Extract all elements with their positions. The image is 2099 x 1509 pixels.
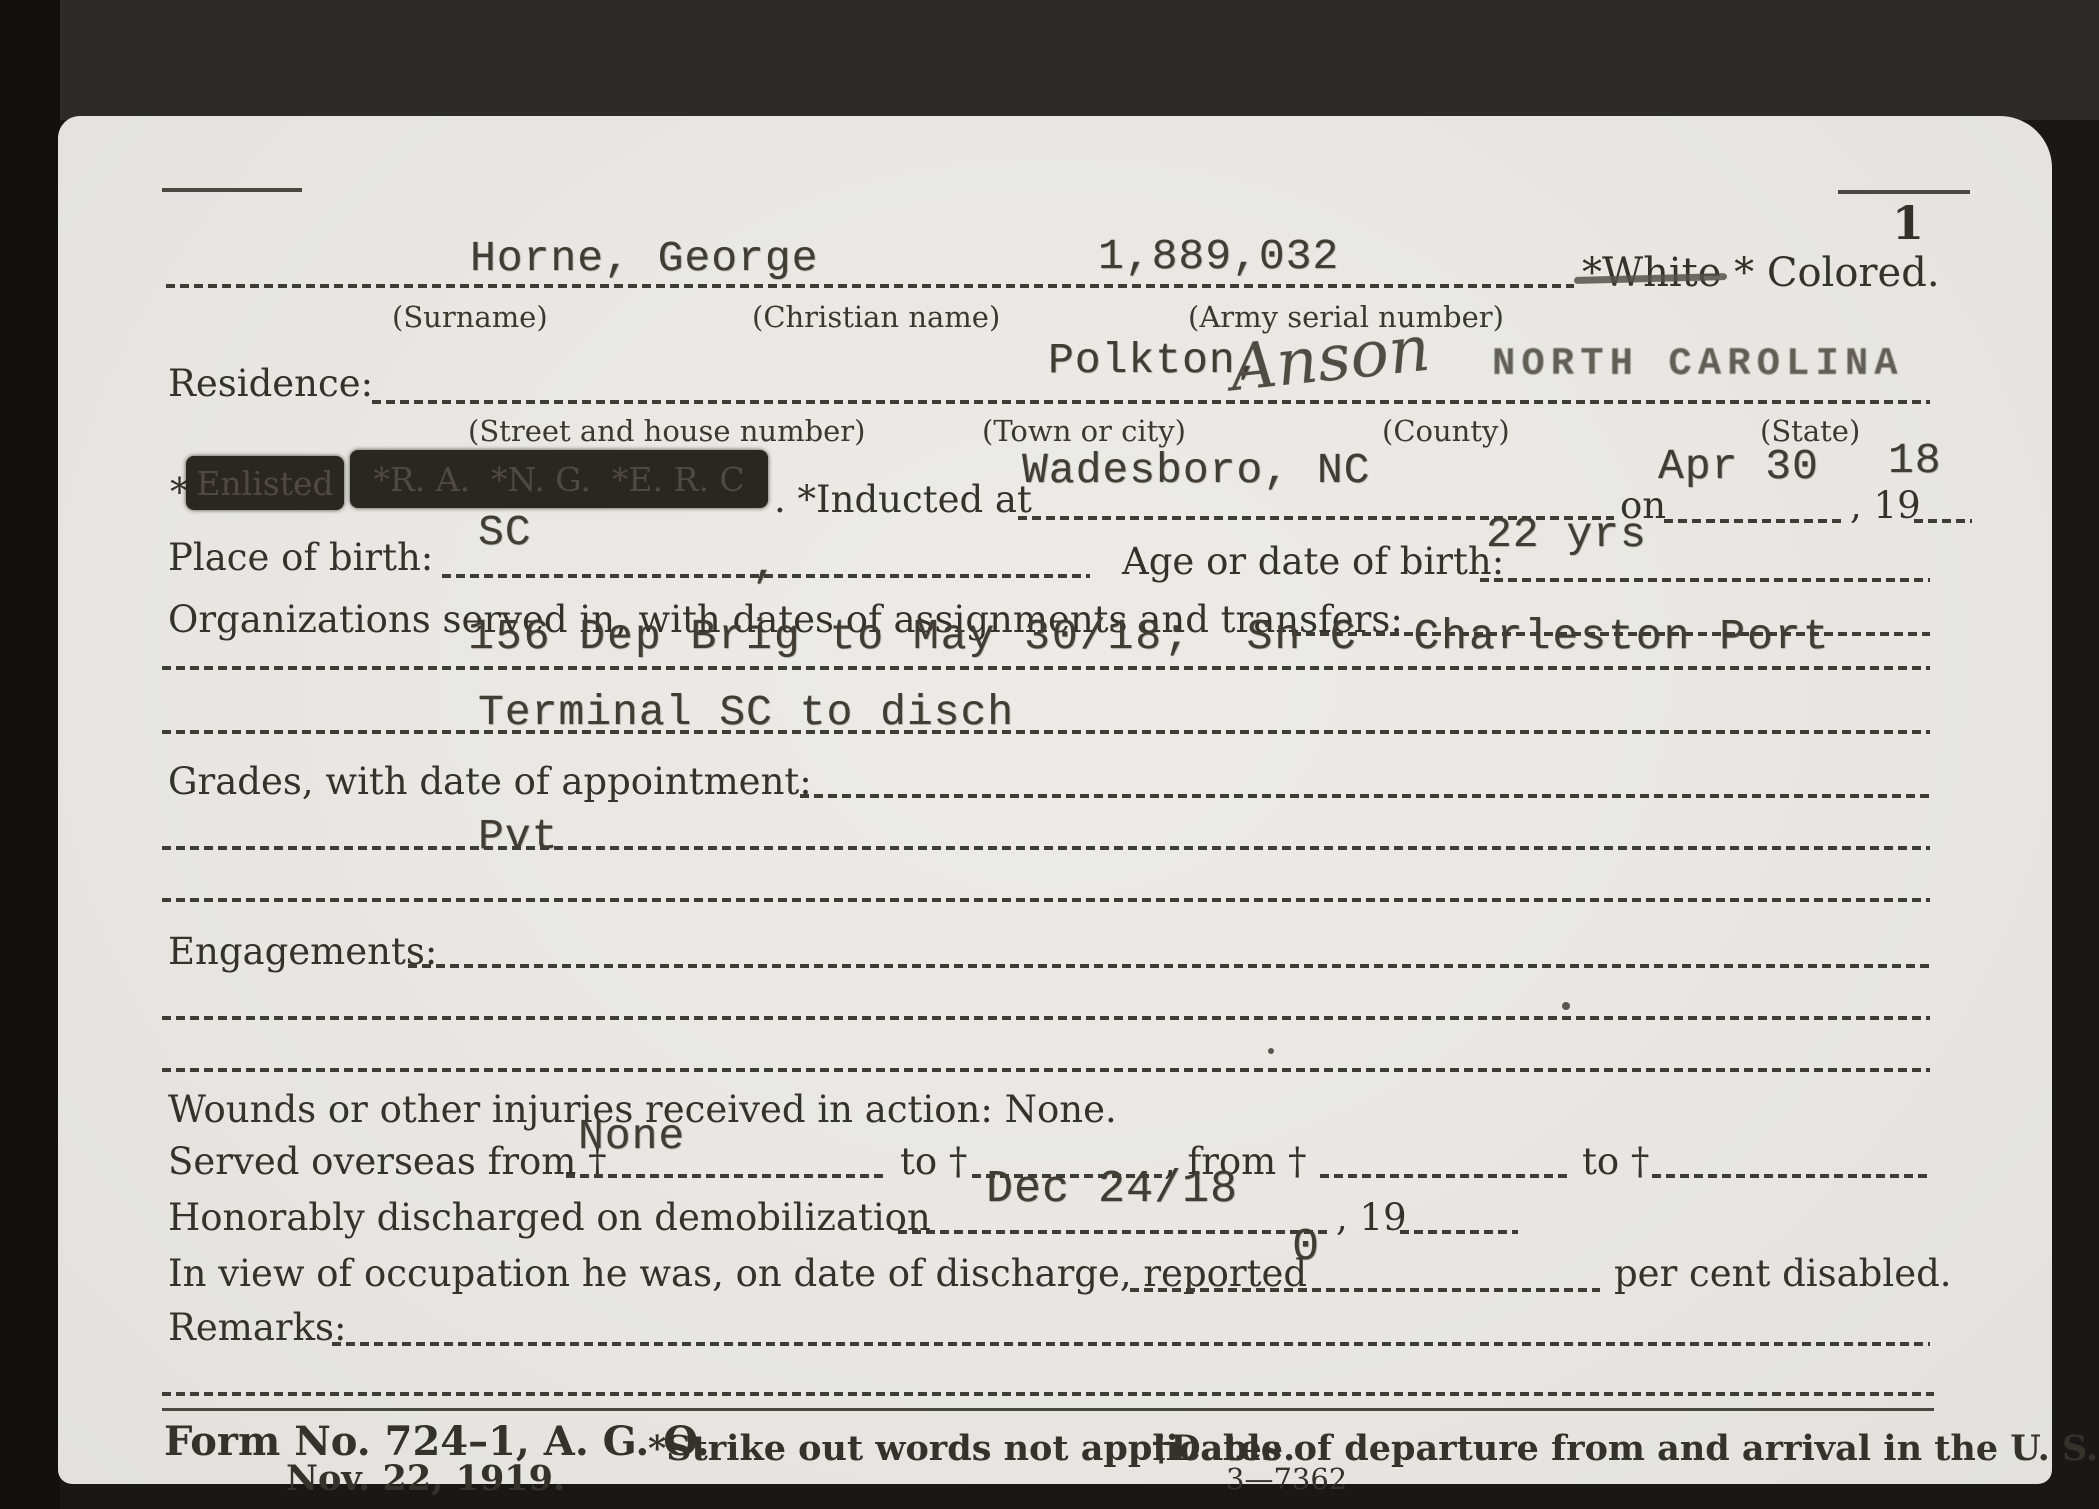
engagements-label-line <box>408 964 1930 968</box>
engagements-label: Engagements: <box>168 930 437 973</box>
remarks-line <box>332 1342 1930 1346</box>
scan-background-top <box>58 0 2099 120</box>
grades-line1 <box>162 846 1930 850</box>
discharge-label: Honorably discharged on demobilization <box>168 1196 931 1239</box>
discharge-year-label: , 19 <box>1336 1196 1407 1239</box>
race-colored: * Colored. <box>1721 250 1939 296</box>
redacted-enlisted-text: Enlisted <box>196 464 333 503</box>
scan-speckle <box>1268 1048 1274 1054</box>
birth-place-label: Place of birth: <box>168 536 433 579</box>
disability-value: 0 <box>1292 1222 1320 1273</box>
birth-place-comma: , <box>752 540 779 589</box>
induction-place-value: Wadesboro, NC <box>1022 446 1370 495</box>
christian-name-caption: (Christian name) <box>752 300 1000 334</box>
residence-label: Residence: <box>168 362 373 405</box>
organizations-line2 <box>162 730 1930 734</box>
overseas-from2-line <box>1320 1174 1570 1178</box>
race-white-struck: *White <box>1582 250 1721 296</box>
induction-year-value: 18 <box>1888 436 1942 485</box>
birth-place-value: SC <box>478 508 532 557</box>
race-field: *White * Colored. <box>1582 250 1940 296</box>
overseas-from-value: None <box>578 1112 685 1161</box>
footer-dashed-rule <box>162 1392 1934 1396</box>
redacted-service-text: *R. A. *N. G. *E. R. C <box>373 460 744 499</box>
discharge-line <box>898 1230 1328 1234</box>
scanned-document: 1 Horne, George 1,889,032 *White * Color… <box>0 0 2099 1509</box>
inducted-at-label: . *Inducted at <box>774 478 1032 521</box>
grades-line2 <box>162 898 1930 902</box>
scan-speckle <box>1562 1002 1570 1010</box>
disability-line <box>1130 1288 1600 1292</box>
overseas-to2-line <box>1652 1174 1930 1178</box>
overseas-to-label: to † <box>900 1140 967 1183</box>
page-number: 1 <box>1892 196 1924 250</box>
surname-value: Horne, George <box>470 234 818 283</box>
form-date: Nov. 22, 1919. <box>286 1458 565 1499</box>
engagements-line1 <box>162 1016 1930 1020</box>
disability-suffix-label: per cent disabled. <box>1614 1252 1952 1295</box>
residence-state-value: NORTH CAROLINA <box>1492 342 1904 386</box>
age-line <box>1480 578 1930 582</box>
discharge-year-line <box>1400 1230 1518 1234</box>
top-left-rule <box>162 188 302 192</box>
redaction-bar-enlisted: Enlisted <box>186 456 344 510</box>
induction-date-line <box>1664 519 1844 523</box>
organizations-line1-value: 156 Dep Brig to May 30/18; Sn C Charlest… <box>468 612 1830 661</box>
name-line <box>166 284 1574 288</box>
street-caption: (Street and house number) <box>468 414 865 448</box>
induction-date-value: Apr 30 <box>1658 442 1819 491</box>
birth-place-line <box>442 574 1090 578</box>
scan-background-left <box>0 0 60 1509</box>
age-value: 22 yrs <box>1486 510 1647 559</box>
age-label: Age or date of birth: <box>1122 540 1504 583</box>
overseas-from-line <box>566 1174 888 1178</box>
serial-number-value: 1,889,032 <box>1098 232 1339 281</box>
organizations-line1 <box>162 666 1930 670</box>
residence-line <box>372 400 1930 404</box>
grades-label: Grades, with date of appointment: <box>168 760 812 803</box>
redaction-bar-service-type: *R. A. *N. G. *E. R. C <box>350 450 768 508</box>
induction-year-line <box>1914 519 1972 523</box>
town-caption: (Town or city) <box>982 414 1186 448</box>
county-caption: (County) <box>1382 414 1510 448</box>
induction-year-label: , 19 <box>1850 484 1921 527</box>
grades-label-line <box>800 794 1930 798</box>
overseas-to2-label: to † <box>1582 1140 1649 1183</box>
footer-solid-rule <box>162 1408 1934 1411</box>
grade-value: Pvt <box>478 812 558 861</box>
overseas-from-label: Served overseas from † <box>168 1140 607 1183</box>
surname-caption: (Surname) <box>392 300 548 334</box>
discharge-date-value: Dec 24/18 <box>986 1164 1238 1215</box>
top-right-rule <box>1838 190 1970 194</box>
remarks-label: Remarks: <box>168 1306 346 1349</box>
print-code: 3—7362 <box>1226 1462 1347 1496</box>
engagements-line2 <box>162 1068 1930 1072</box>
